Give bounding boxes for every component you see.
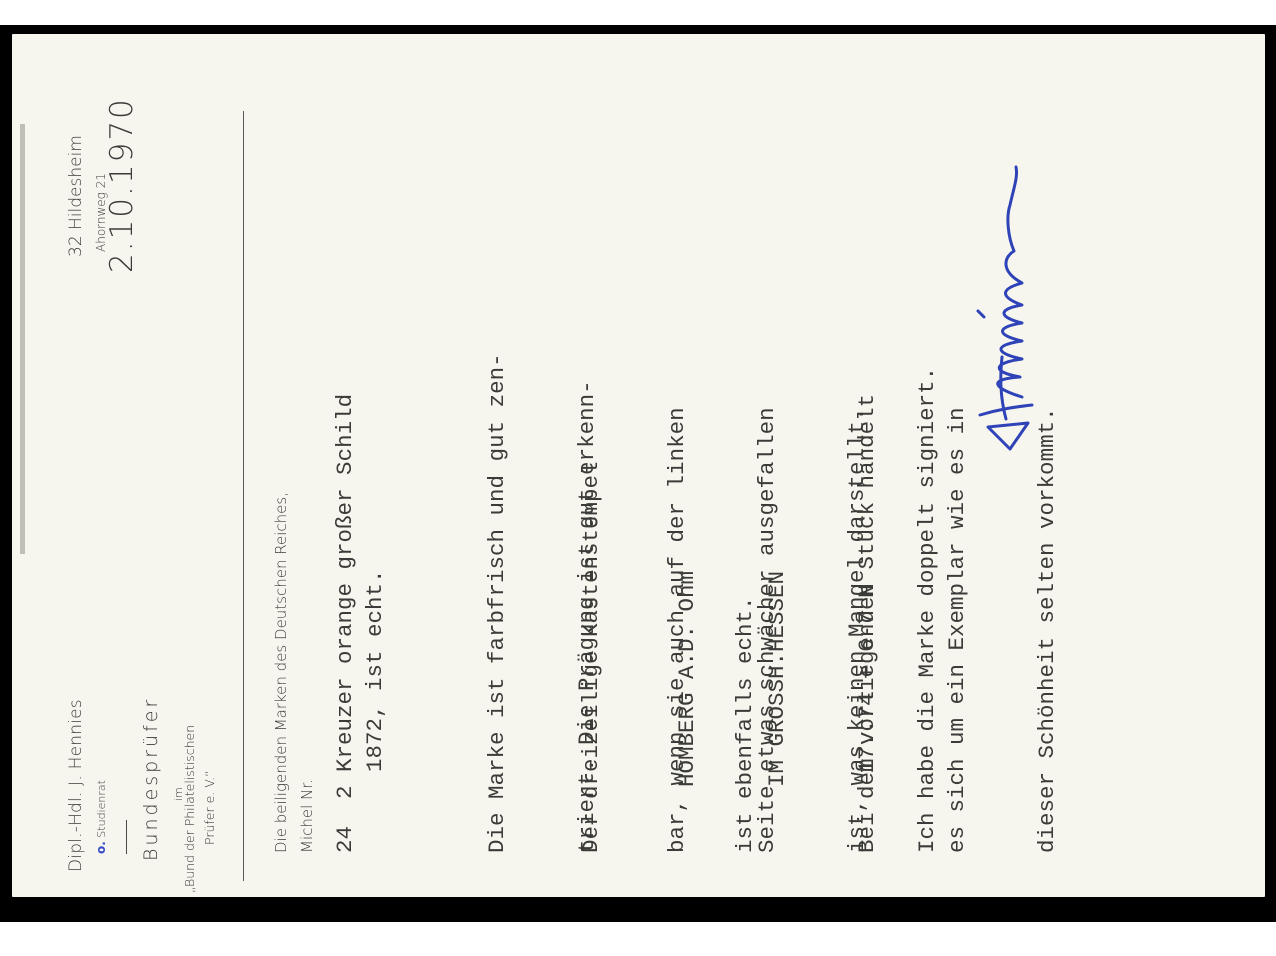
expert-role: Bundesprüfer	[140, 697, 162, 861]
paragraph-quality: Bei dem vorliegenden Stück handelt es si…	[792, 394, 1122, 853]
stamp-line: IM GROSSH.HESSEN	[762, 571, 792, 787]
paper-edge-shadow	[20, 124, 25, 554]
item-description: 24 2 Kreuzer orange großer Schild 1872, …	[330, 394, 390, 853]
text-line: es sich um ein Exemplar wie es in	[942, 394, 972, 853]
header-rule	[243, 111, 244, 881]
intro-line: Die beiligenden Marken des Deutschen Rei…	[272, 492, 290, 853]
text-line: Die Marke ist farbfrisch und gut zen-	[482, 353, 512, 853]
expert-name: Dipl.-Hdl. J. Hennies	[66, 699, 86, 872]
handwritten-signature	[970, 147, 1040, 467]
association-line2: Prüfer e. V.“	[202, 770, 217, 845]
stamp-line: HOMBERG A.D. Ohm	[672, 571, 702, 787]
expert-title: o. Studienrat	[94, 780, 108, 854]
certificate-page: Dipl.-Hdl. J. Hennies o. Studienrat Bund…	[12, 34, 1265, 897]
association-line1: „Bund der Philatelistischen	[182, 725, 197, 893]
michel-label: Michel Nr.	[298, 779, 316, 853]
ink-mark: o.	[94, 841, 108, 854]
title-text: Studienrat	[95, 780, 108, 838]
item-line2: 1872, ist echt.	[360, 394, 390, 853]
city: 32 Hildesheim	[66, 135, 86, 257]
item-line1: 24 2 Kreuzer orange großer Schild	[330, 394, 360, 853]
paragraph-genuine: ist ebenfalls echt.	[730, 596, 760, 853]
rotated-content: Dipl.-Hdl. J. Hennies o. Studienrat Bund…	[12, 34, 1265, 897]
text-line: Bei dem vorliegenden Stück handelt	[852, 394, 882, 853]
title-divider	[126, 820, 127, 854]
paragraph-signed: Ich habe die Marke doppelt signiert.	[912, 367, 942, 853]
document-date: 2.10.1970	[104, 97, 140, 273]
paragraph-cancellation: Der dreizeilige Kastenstempel	[576, 461, 606, 853]
